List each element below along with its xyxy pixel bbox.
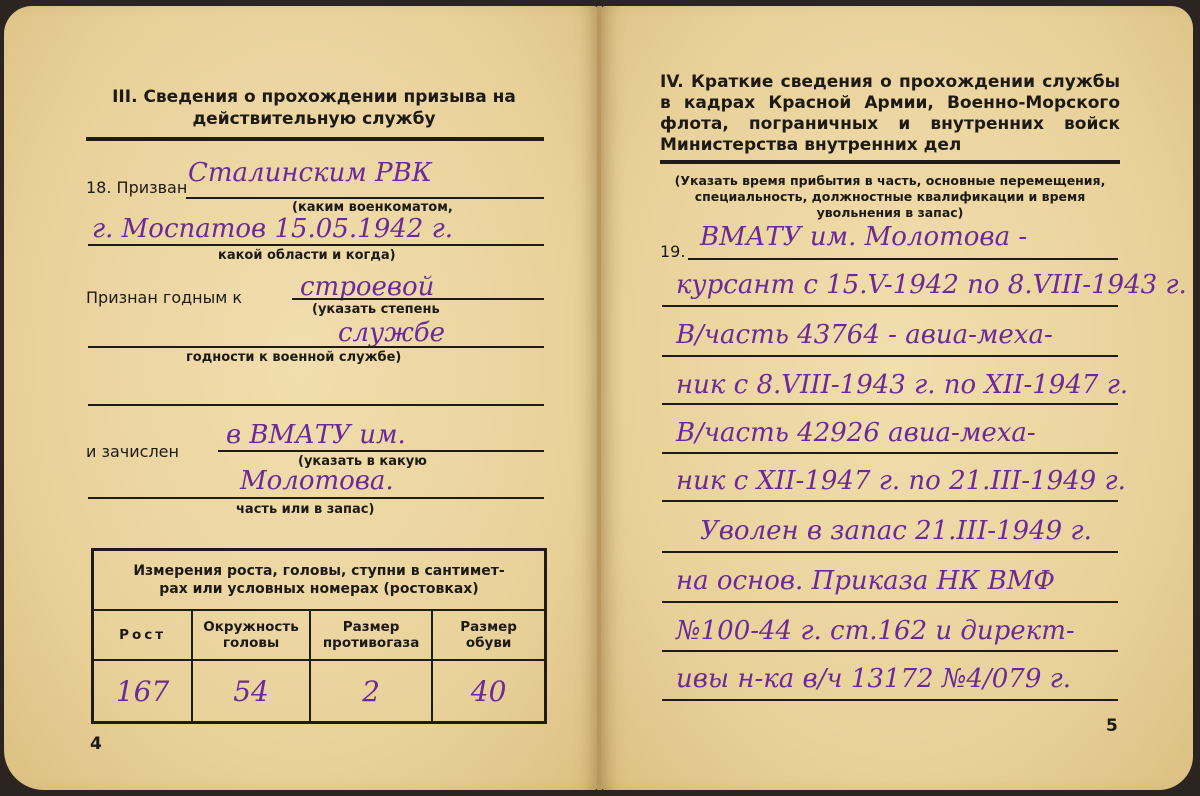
- service-entry-9: №100-44 г. ст.162 и директ-: [676, 616, 1075, 646]
- shoe-value: 40: [432, 660, 545, 723]
- section-4-divider: [660, 160, 1120, 164]
- col-head-header: Окружностьголовы: [192, 610, 310, 660]
- service-entry-8: на основ. Приказа НК ВМФ: [676, 566, 1055, 596]
- service-entry-3: В/часть 43764 - авиа-меха-: [676, 320, 1053, 350]
- service-line-5: [662, 452, 1118, 454]
- enlisted-line-1: [218, 450, 544, 452]
- service-entry-7: Уволен в запас 21.III-1949 г.: [700, 516, 1092, 546]
- service-entry-5: В/часть 42926 авиа-меха-: [676, 418, 1036, 448]
- measurements-caption: Измерения роста, головы, ступни в сантим…: [93, 550, 546, 611]
- service-entry-4: ник с 8.VIII-1943 г. по XII-1947 г.: [676, 370, 1128, 400]
- service-line-1: [688, 258, 1118, 260]
- page-number-left: 4: [90, 734, 102, 754]
- field-18-label: 18. Призван: [86, 178, 187, 197]
- enlisted-value-1: в ВМАТУ им.: [226, 420, 406, 450]
- col-shoe-header: Размеробуви: [432, 610, 545, 660]
- blank-line: [88, 404, 544, 406]
- fit-caption-2: годности к военной службе): [186, 350, 401, 365]
- service-line-2: [662, 305, 1118, 307]
- measurements-caption-line1: Измерения роста, головы, ступни в сантим…: [94, 562, 544, 580]
- fit-caption-1: (указать степень: [312, 302, 440, 317]
- field-18-caption-2: какой области и когда): [218, 248, 396, 263]
- section-3-title-line1: III. Сведения о прохождении призыва на: [84, 86, 544, 108]
- fit-line-1: [292, 298, 544, 300]
- booklet-spread: III. Сведения о прохождении призыва на д…: [0, 0, 1200, 796]
- service-line-7: [662, 551, 1118, 553]
- field-18-value-2: г. Моспатов 15.05.1942 г.: [92, 214, 453, 244]
- fit-value-2: службе: [338, 318, 445, 348]
- title-divider: [86, 137, 544, 141]
- field-18-line-2: [88, 244, 544, 246]
- gasmask-value: 2: [310, 660, 432, 723]
- measurements-table: Измерения роста, головы, ступни в сантим…: [91, 548, 547, 724]
- height-value: 167: [93, 660, 193, 723]
- service-entry-6: ник с XII-1947 г. по 21.III-1949 г.: [676, 466, 1126, 496]
- enlisted-line-2: [88, 497, 544, 499]
- head-value: 54: [192, 660, 310, 723]
- service-line-9: [662, 650, 1118, 652]
- service-entry-1: ВМАТУ им. Молотова -: [700, 222, 1027, 252]
- field-18-value-1: Сталинским РВК: [188, 158, 432, 188]
- service-entry-10: ивы н-ка в/ч 13172 №4/079 г.: [676, 664, 1071, 694]
- service-entry-2: курсант с 15.V-1942 по 8.VIII-1943 г.: [676, 270, 1187, 300]
- service-line-4: [662, 403, 1118, 405]
- service-line-6: [662, 500, 1118, 502]
- enlisted-label: и зачислен: [86, 442, 179, 461]
- service-line-3: [662, 355, 1118, 357]
- fit-label: Признан годным к: [86, 288, 242, 307]
- fit-line-2: [88, 346, 544, 348]
- field-18-caption-1: (каким военкоматом,: [292, 200, 453, 215]
- enlisted-caption-2: часть или в запас): [236, 502, 374, 517]
- field-18-line-1: [186, 197, 544, 199]
- section-4-note: (Указать время прибытия в часть, основны…: [660, 173, 1120, 221]
- section-3-title: III. Сведения о прохождении призыва на д…: [84, 86, 544, 130]
- section-3-title-line2: действительную службу: [84, 108, 544, 130]
- enlisted-value-2: Молотова.: [240, 466, 394, 496]
- col-height-header: Рост: [93, 610, 193, 660]
- service-line-8: [662, 601, 1118, 603]
- field-19-label: 19.: [660, 242, 685, 261]
- col-gasmask-header: Размерпротивогаза: [310, 610, 432, 660]
- section-4-title: IV. Краткие сведения о прохождении служб…: [660, 72, 1120, 156]
- page-number-right: 5: [1106, 716, 1118, 736]
- measurements-caption-line2: рах или условных номерах (ростовках): [94, 580, 544, 598]
- service-line-10: [662, 699, 1118, 701]
